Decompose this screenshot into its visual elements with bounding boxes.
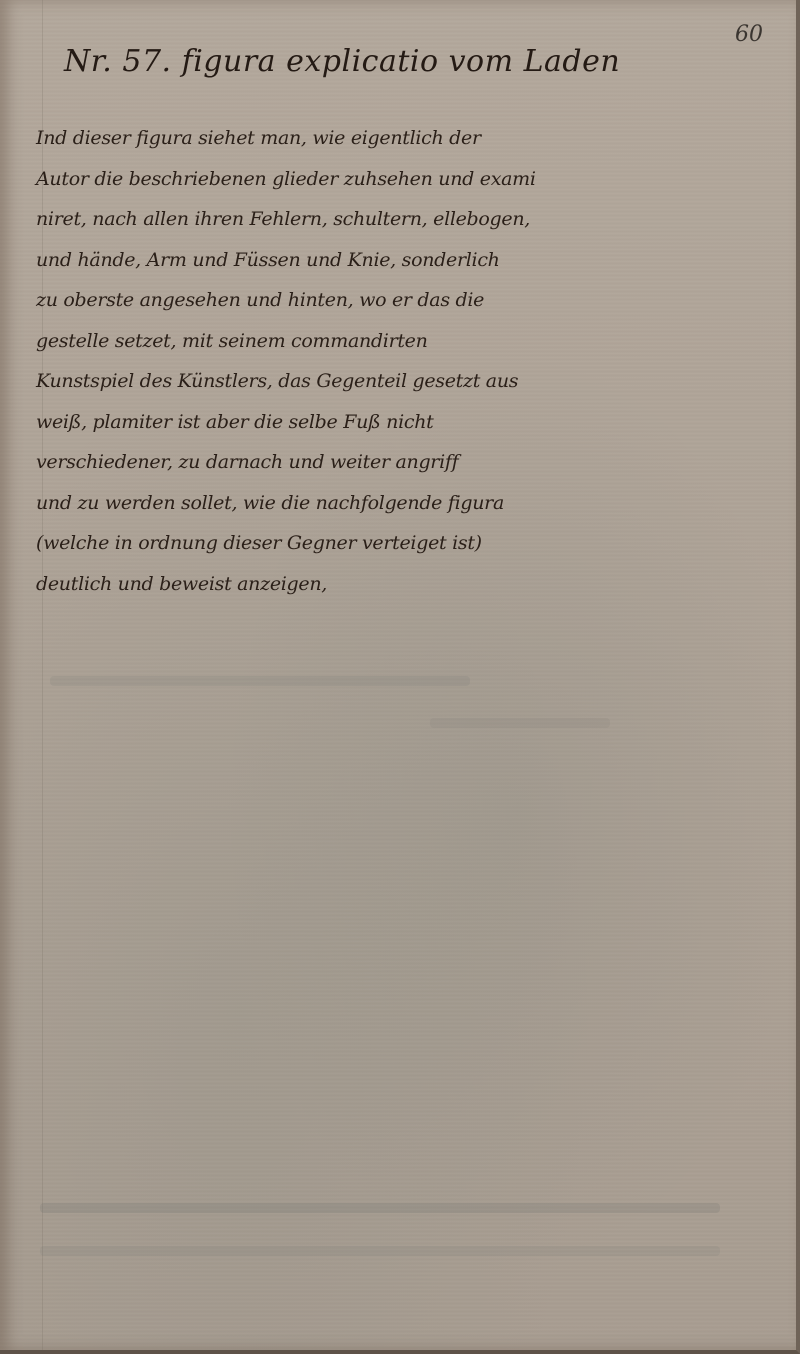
bleed-through-mark bbox=[40, 1246, 720, 1256]
text-line: niret, nach allen ihren Fehlern, schulte… bbox=[36, 199, 726, 240]
bleed-through-mark bbox=[430, 718, 610, 728]
text-line: und zu werden sollet, wie die nachfolgen… bbox=[36, 483, 726, 524]
bleed-through-mark bbox=[40, 1203, 720, 1213]
text-line: Autor die beschriebenen glieder zuhsehen… bbox=[36, 159, 726, 200]
text-line: verschiedener, zu darnach und weiter ang… bbox=[36, 442, 726, 483]
bleed-through-mark bbox=[50, 676, 470, 686]
text-line: (welche in ordnung dieser Gegner verteig… bbox=[36, 523, 726, 564]
text-line: weiß, plamiter ist aber die selbe Fuß ni… bbox=[36, 402, 726, 443]
text-line: zu oberste angesehen und hinten, wo er d… bbox=[36, 280, 726, 321]
page-heading: Nr. 57. figura explicatio vom Laden bbox=[64, 44, 620, 79]
manuscript-page: 60 Nr. 57. figura explicatio vom Laden I… bbox=[0, 0, 800, 1354]
handwritten-body: Ind dieser figura siehet man, wie eigent… bbox=[36, 118, 726, 604]
text-line: Kunstspiel des Künstlers, das Gegenteil … bbox=[36, 361, 726, 402]
text-line: und hände, Arm und Füssen und Knie, sond… bbox=[36, 240, 726, 281]
text-line: deutlich und beweist anzeigen, bbox=[36, 564, 726, 605]
text-line: gestelle setzet, mit seinem commandirten bbox=[36, 321, 726, 362]
folio-number: 60 bbox=[735, 22, 763, 47]
text-line: Ind dieser figura siehet man, wie eigent… bbox=[36, 118, 726, 159]
